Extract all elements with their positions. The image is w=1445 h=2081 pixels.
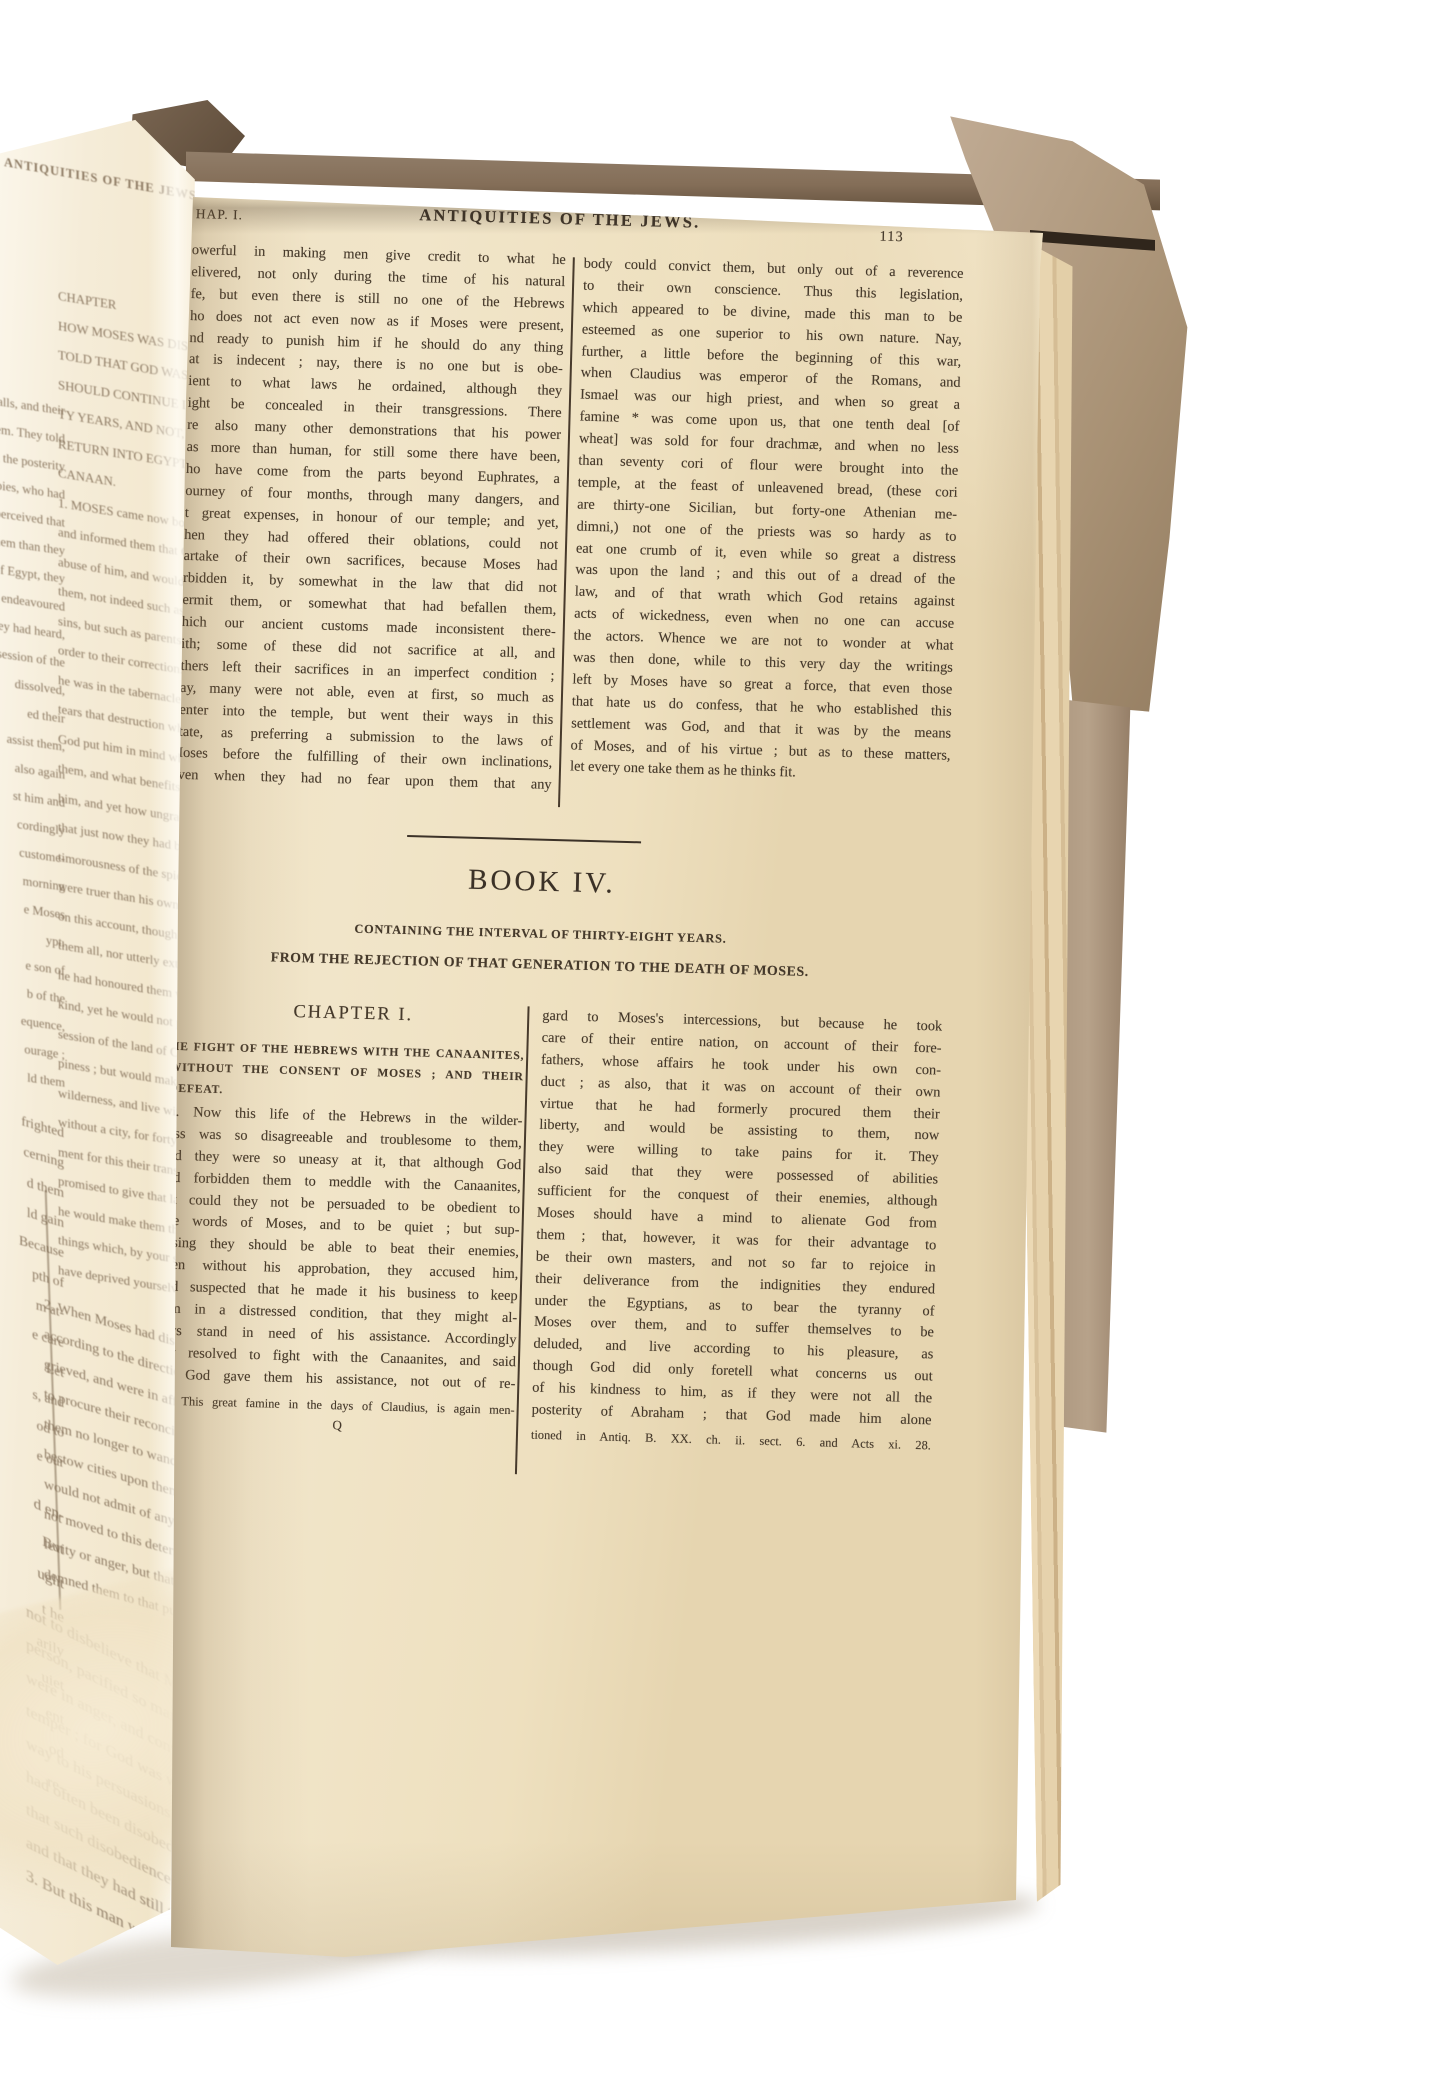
right-page-content: HAP. I. ANTIQUITIES OF THE JEWS. 113 owe… (0, 0, 1445, 2023)
open-book-photo: ANTIQUITIES OF THE JEWS. h walls, and th… (0, 0, 1445, 2023)
top-left-column: owerful in making men give credit to wha… (177, 240, 566, 797)
lower-right-column: gard to Moses's intercessions, but becau… (531, 1006, 942, 1433)
book-heading-subtitle2: FROM THE REJECTION OF THAT GENERATION TO… (190, 947, 890, 982)
section-rule (407, 835, 641, 844)
running-header-title: ANTIQUITIES OF THE JEWS. (330, 203, 790, 235)
book-heading-subtitle: CONTAINING THE INTERVAL OF THIRTY-EIGHT … (230, 918, 850, 950)
left-page-running-header: ANTIQUITIES OF THE JEWS. (4, 155, 200, 205)
signature-mark: Q (297, 1416, 377, 1434)
running-header-chapter: HAP. I. (196, 206, 244, 223)
page-number: 113 (879, 229, 904, 247)
lower-left-column: 1. Now this life of the Hebrews in the w… (161, 1102, 523, 1396)
book-heading: BOOK IV. (312, 859, 773, 904)
chapter-heading: CHAPTER I. (203, 1000, 503, 1029)
left-page-left-column-fragments-upper: h walls, and theirthem. They toldrom the… (0, 380, 65, 1097)
footnote-left: * This great famine in the days of Claud… (167, 1392, 515, 1420)
top-right-column: body could convict them, but only out of… (570, 254, 963, 768)
